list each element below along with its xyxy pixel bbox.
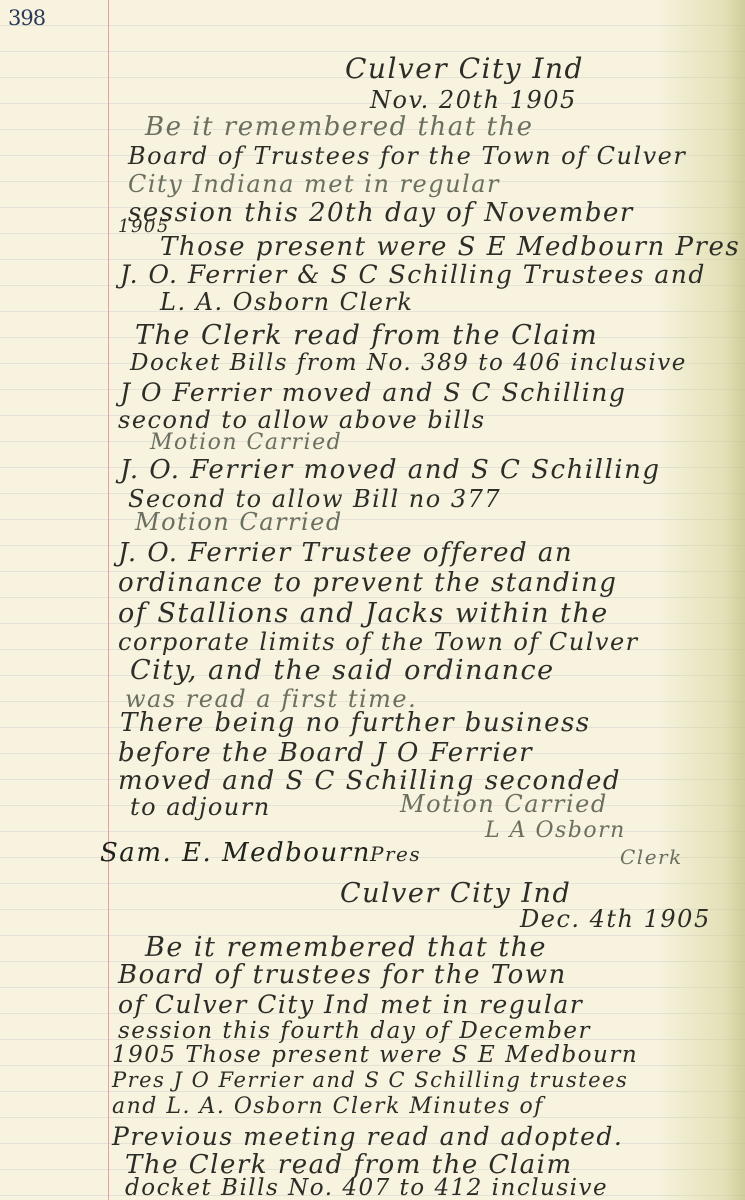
entry1-line: corporate limits of the Town of Culver bbox=[118, 628, 639, 656]
ledger-page: 398 Culver City Ind Nov. 20th 1905 Be it… bbox=[0, 0, 745, 1200]
page-number: 398 bbox=[8, 6, 45, 30]
entry1-line: Motion Carried bbox=[150, 430, 342, 455]
president-title: Pres bbox=[370, 842, 421, 866]
entry1-line: J O Ferrier moved and S C Schilling bbox=[120, 378, 626, 407]
entry2-line: Previous meeting read and adopted. bbox=[112, 1122, 623, 1151]
entry1-line: Be it remembered that the bbox=[145, 112, 534, 142]
entry2-date-heading: Dec. 4th 1905 bbox=[520, 905, 711, 933]
entry1-date-heading: Nov. 20th 1905 bbox=[370, 86, 577, 114]
entry1-line: J. O. Ferrier & S C Schilling Trustees a… bbox=[120, 260, 706, 289]
entry1-line: ordinance to prevent the standing bbox=[118, 568, 617, 598]
clerk-title: Clerk bbox=[620, 845, 683, 869]
entry1-line: Motion Carried bbox=[135, 508, 343, 536]
entry1-place-heading: Culver City Ind bbox=[345, 52, 584, 85]
entry1-line: City Indiana met in regular bbox=[128, 170, 500, 198]
entry2-line: Be it remembered that the bbox=[145, 932, 547, 963]
entry1-line: Board of Trustees for the Town of Culver bbox=[128, 142, 686, 170]
clerk-signature: L A Osborn bbox=[485, 818, 626, 843]
entry1-line: of Stallions and Jacks within the bbox=[118, 598, 609, 629]
entry1-line: Motion Carried bbox=[400, 790, 608, 818]
entry1-line: J. O. Ferrier Trustee offered an bbox=[118, 538, 573, 568]
entry2-line: and L. A. Osborn Clerk Minutes of bbox=[112, 1094, 544, 1119]
entry1-line: before the Board J O Ferrier bbox=[118, 738, 533, 768]
entry1-line: session this 20th day of November bbox=[128, 198, 634, 228]
entry2-line: docket Bills No. 407 to 412 inclusive bbox=[125, 1175, 608, 1200]
entry1-line: City, and the said ordinance bbox=[130, 655, 555, 686]
entry2-line: 1905 Those present were S E Medbourn bbox=[112, 1042, 638, 1068]
president-signature: Sam. E. Medbourn bbox=[100, 838, 371, 868]
entry2-line: Board of trustees for the Town bbox=[118, 960, 567, 990]
entry1-line: to adjourn bbox=[130, 793, 271, 821]
entry1-line: L. A. Osborn Clerk bbox=[160, 288, 413, 316]
entry2-line: Pres J O Ferrier and S C Schilling trust… bbox=[112, 1068, 628, 1092]
entry2-line: of Culver City Ind met in regular bbox=[118, 990, 583, 1019]
entry1-line: J. O. Ferrier moved and S C Schilling bbox=[120, 455, 660, 485]
entry1-line: Docket Bills from No. 389 to 406 inclusi… bbox=[130, 350, 687, 376]
margin-rule bbox=[108, 0, 109, 1200]
entry2-line: session this fourth day of December bbox=[118, 1018, 591, 1044]
entry1-line: There being no further business bbox=[120, 708, 591, 738]
entry1-line: The Clerk read from the Claim bbox=[135, 320, 598, 351]
entry1-line: Those present were S E Medbourn Pres bbox=[160, 232, 740, 262]
